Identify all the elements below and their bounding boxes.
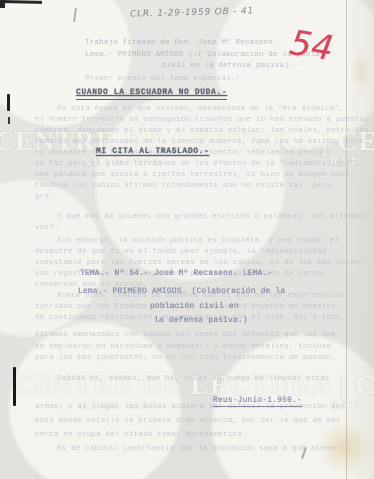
typed-line: TEMA.- Nº 54.- José Mª Recasens. LEMA.- xyxy=(80,270,272,278)
ink-dot-left xyxy=(8,117,10,124)
typed-line: estamos amenazados con bombas mil veces … xyxy=(35,332,336,340)
typed-line: Lema.- PRIMERO AMIGOS. (Colaboración de … xyxy=(78,288,285,296)
typed-line: cerca se ocupa del citado tema: Norteamé… xyxy=(35,432,247,440)
typed-line: Sabido es, además, que hay zonas en jueg… xyxy=(57,376,330,384)
ink-mark-left-lower xyxy=(13,367,16,406)
typed-line: la defensa pasiva.) xyxy=(154,317,248,325)
typed-line: Primer premio del tema especial.- xyxy=(85,76,240,84)
typed-line: Sin embargo, la opinión pública es inqui… xyxy=(57,238,339,246)
typed-line: el hombre terrestre ha conseguido triunf… xyxy=(35,117,369,125)
typed-line: para los más ignorantes, no es con toda … xyxy=(35,355,336,363)
typed-line: cumbres, dominando el átomo y el espacio… xyxy=(35,128,369,136)
typed-line: tándose los sabios afirman rotundamente … xyxy=(35,183,336,191)
typed-line: CUANDO LA ESCUADRA NO DUDA.- xyxy=(76,89,227,100)
typed-line: vos?. xyxy=(35,225,59,233)
scanned-document-page: CENTRE DE LECTURA | CENTRE D REUS 1859 R… xyxy=(0,0,374,479)
ink-mark-left-upper xyxy=(7,94,10,111)
typed-line: población civil en xyxy=(150,303,239,311)
typed-line: inevitable para las fuerzas aéreas de lo… xyxy=(35,260,364,268)
typed-line: gro. xyxy=(35,194,54,202)
typed-line: En esta época en que vivimos, denominada… xyxy=(57,106,344,114)
typed-line: civil en la defensa pasiva).- xyxy=(162,63,298,71)
scan-edge-mark-corner xyxy=(0,0,5,8)
typed-line: se emplearon en Hiroshima y Nagasaki; y … xyxy=(35,344,331,352)
typewritten-text-layer: Trabajo firmado de Don. José Mª Recasens… xyxy=(0,0,374,479)
typed-line: país donde estalló la primera arma atómi… xyxy=(35,418,341,426)
typed-line: sa faz para el globo terráqueo de los ef… xyxy=(35,161,359,169)
typed-line: hombres más destacados de la ciencia mod… xyxy=(35,139,364,147)
typed-line: Es de capital importancia que la poblaci… xyxy=(57,446,344,454)
typed-line: Y qué más da quienes con grandes escrito… xyxy=(57,214,372,222)
typed-line: MI CITA AL TRASLADO.- xyxy=(96,148,209,156)
red-entry-number: 54 xyxy=(287,23,336,69)
typed-line: Reus-Junio-1.959.- xyxy=(213,397,302,407)
typed-line: desastre de que es en el fondo peor ejem… xyxy=(35,249,326,257)
typed-line: una palabra que asusta a ciertos terrest… xyxy=(35,172,355,180)
typed-line: Trabajo firmado de Don. José Mª Recasens… xyxy=(85,40,278,48)
